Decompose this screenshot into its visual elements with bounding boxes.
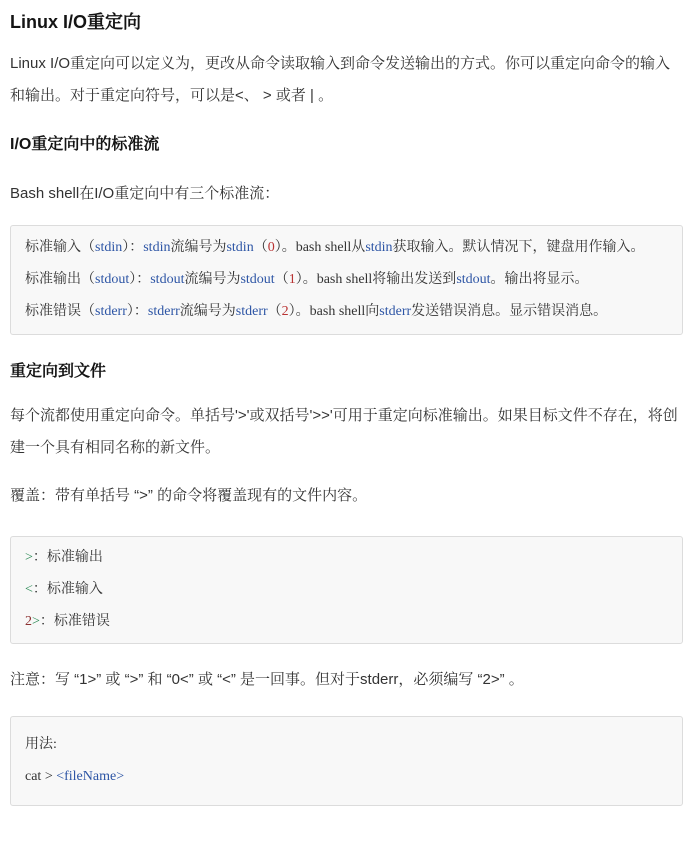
- code-token: cat >: [25, 769, 56, 784]
- code-token: ：标准错误: [40, 614, 110, 629]
- code-line-stdin: 标准输入（stdin）：stdin流编号为stdin（0）。bash shell…: [25, 232, 668, 264]
- code-token: 1: [289, 272, 296, 287]
- code-token: stdin: [365, 240, 392, 255]
- section-heading-redirect-to-file: 重定向到文件: [10, 361, 683, 383]
- code-token: stdout: [240, 272, 274, 287]
- code-line-usage-label: 用法:: [25, 729, 668, 761]
- code-token: 流编号为: [180, 304, 236, 319]
- file-paragraph-1: 每个流都使用重定向命令。单括号'>'或双括号'>>'可用于重定向标准输出。如果目…: [10, 400, 683, 464]
- code-token: 2: [25, 614, 32, 629]
- code-token: <: [25, 582, 33, 597]
- code-line-stderr-symbol: 2>：标准错误: [25, 606, 668, 638]
- code-token: ）：: [129, 272, 150, 287]
- code-line-usage-command: cat > <fileName>: [25, 761, 668, 793]
- code-token: 用法:: [25, 737, 57, 752]
- code-token: stderr: [95, 304, 127, 319]
- code-token: stdin: [226, 240, 253, 255]
- usage-code-box: 用法: cat > <fileName>: [10, 716, 683, 806]
- streams-lead-paragraph: Bash shell在I/O重定向中有三个标准流：: [10, 178, 683, 210]
- intro-paragraph: Linux I/O重定向可以定义为，更改从命令读取输入到命令发送输出的方式。你可…: [10, 48, 683, 112]
- code-token: >: [25, 550, 33, 565]
- section-heading-standard-streams: I/O重定向中的标准流: [10, 134, 683, 156]
- code-token: 0: [268, 240, 275, 255]
- article: Linux I/O重定向 Linux I/O重定向可以定义为，更改从命令读取输入…: [0, 0, 693, 810]
- code-token: 流编号为: [184, 272, 240, 287]
- code-token: ：标准输入: [33, 582, 103, 597]
- code-token: >: [32, 614, 40, 629]
- redirect-symbols-code-box: >：标准输出 <：标准输入 2>：标准错误: [10, 536, 683, 644]
- code-line-stdout: 标准输出（stdout）：stdout流编号为stdout（1）。bash sh…: [25, 264, 668, 296]
- code-line-stdout-symbol: >：标准输出: [25, 542, 668, 574]
- code-token: （: [275, 272, 289, 287]
- code-token: 标准错误（: [25, 304, 95, 319]
- code-token: （: [268, 304, 282, 319]
- code-token: 标准输入（: [25, 240, 95, 255]
- code-line-stderr: 标准错误（stderr）：stderr流编号为stderr（2）。bash sh…: [25, 296, 668, 328]
- code-token: stdin: [143, 240, 170, 255]
- file-paragraph-overwrite: 覆盖：带有单括号 “>” 的命令将覆盖现有的文件内容。: [10, 480, 683, 512]
- standard-streams-code-box: 标准输入（stdin）：stdin流编号为stdin（0）。bash shell…: [10, 225, 683, 335]
- code-token: 2: [282, 304, 289, 319]
- code-token: stderr: [236, 304, 268, 319]
- code-token: stdout: [456, 272, 490, 287]
- code-token: ）。bash shell向: [289, 304, 380, 319]
- code-token: ）。bash shell将输出发送到: [296, 272, 457, 287]
- page-title: Linux I/O重定向: [10, 10, 683, 34]
- code-token: stderr: [148, 304, 180, 319]
- code-line-stdin-symbol: <：标准输入: [25, 574, 668, 606]
- code-token: stderr: [379, 304, 411, 319]
- code-token: stdin: [95, 240, 122, 255]
- code-token: ）：: [127, 304, 148, 319]
- code-token: ）。bash shell从: [275, 240, 366, 255]
- code-token: 获取输入。默认情况下，键盘用作输入。: [393, 240, 645, 255]
- code-token: stdout: [150, 272, 184, 287]
- code-token: 发送错误消息。显示错误消息。: [411, 304, 607, 319]
- code-token: 流编号为: [170, 240, 226, 255]
- code-token: 标准输出（: [25, 272, 95, 287]
- code-token: stdout: [95, 272, 129, 287]
- note-paragraph: 注意：写 “1>” 或 “>” 和 “0<” 或 “<” 是一回事。但对于std…: [10, 664, 683, 696]
- code-token: （: [254, 240, 268, 255]
- code-token: ）：: [122, 240, 143, 255]
- code-token: <fileName>: [56, 769, 124, 784]
- code-token: 。输出将显示。: [491, 272, 589, 287]
- code-token: ：标准输出: [33, 550, 103, 565]
